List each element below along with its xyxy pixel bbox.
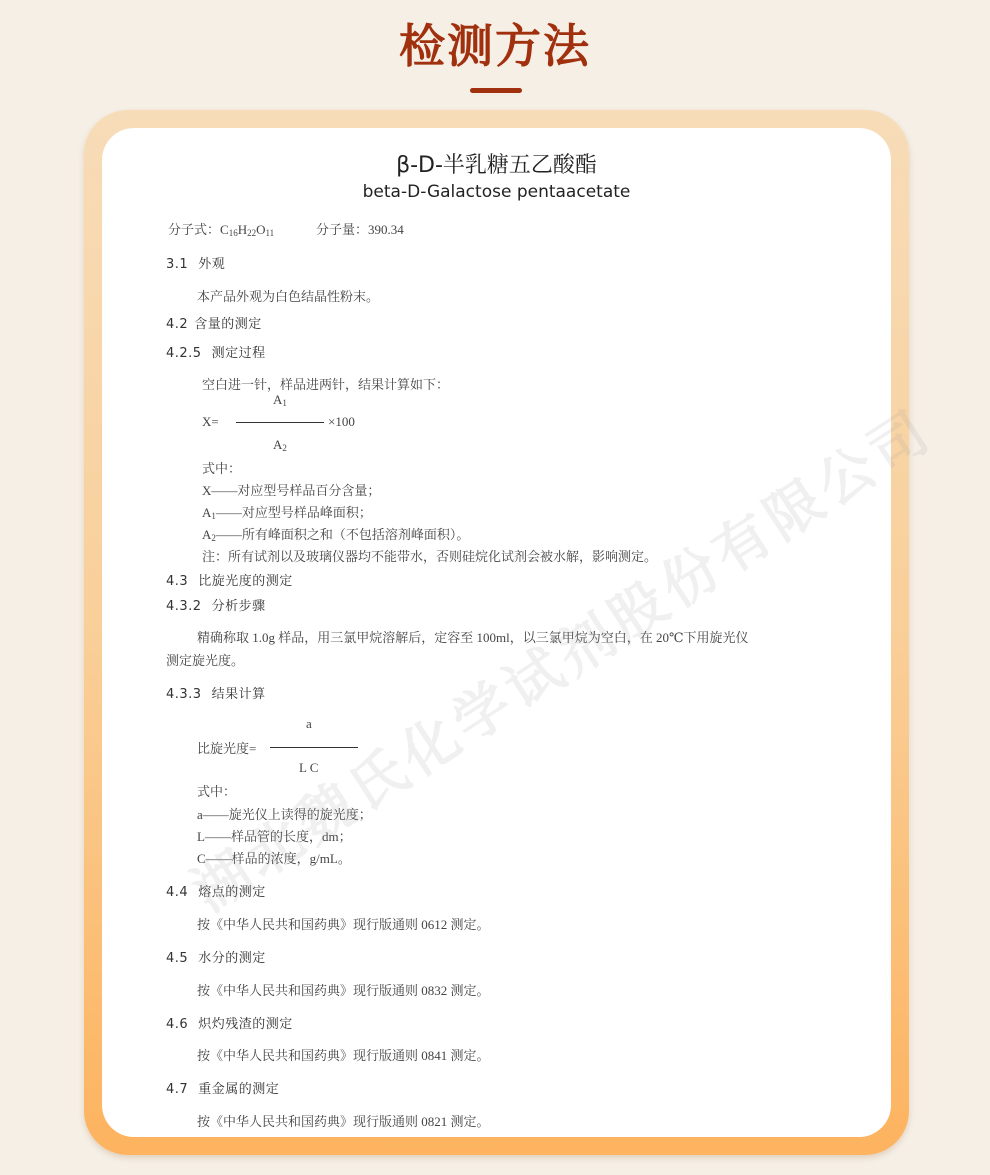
definition-symbol: A — [202, 505, 211, 520]
section-number: 3.1 — [166, 257, 188, 272]
document-body: β-D-半乳糖五乙酸酯 beta-D-Galactose pentaacetat… — [102, 128, 891, 1137]
section-title: 含量的测定 — [194, 317, 262, 332]
section-title: 熔点的测定 — [198, 885, 266, 900]
section-title: 水分的测定 — [198, 951, 266, 966]
formula-label: 分子式： — [168, 222, 220, 237]
fraction-multiplier: ×100 — [328, 414, 355, 430]
document-card: β-D-半乳糖五乙酸酯 beta-D-Galactose pentaacetat… — [102, 128, 891, 1137]
section-4-4-heading: 4.4熔点的测定 — [166, 881, 266, 900]
section-title: 结果计算 — [212, 687, 266, 702]
fraction-numerator: A1 — [273, 392, 287, 408]
section-title: 测定过程 — [212, 346, 266, 361]
page-title: 检测方法 — [0, 16, 990, 76]
section-3-1-heading: 3.1外观 — [166, 253, 225, 272]
section-4-7-heading: 4.7重金属的测定 — [166, 1078, 279, 1097]
section-4-5-heading: 4.5水分的测定 — [166, 947, 266, 966]
definition-text: ——对应型号样品峰面积； — [216, 505, 372, 520]
section-title: 炽灼残渣的测定 — [198, 1017, 293, 1032]
section-title: 分析步骤 — [212, 599, 266, 614]
section-number: 4.3.2 — [166, 599, 202, 614]
where-label: 式中： — [202, 458, 241, 477]
weight-label: 分子量： — [316, 222, 368, 237]
fraction-bar — [270, 747, 358, 748]
definition-symbol: L — [197, 829, 205, 844]
definition-text: ——样品管的长度，dm； — [205, 829, 352, 844]
section-4-3-2-text-line2: 测定旋光度。 — [166, 650, 244, 669]
section-title: 比旋光度的测定 — [198, 574, 293, 589]
document-title-english: beta-D-Galactose pentaacetate — [102, 182, 891, 202]
title-underline-divider — [470, 88, 522, 93]
section-4-2-heading: 4.2含量的测定 — [166, 313, 262, 332]
section-3-1-text: 本产品外观为白色结晶性粉末。 — [197, 286, 379, 305]
section-4-5-text: 按《中华人民共和国药典》现行版通则 0832 测定。 — [197, 980, 490, 999]
fraction-numerator: a — [306, 716, 312, 732]
section-4-3-2-heading: 4.3.2分析步骤 — [166, 595, 266, 614]
definition-item: A1——对应型号样品峰面积； — [202, 502, 372, 521]
weight-value: 390.34 — [368, 222, 404, 237]
numerator-symbol: A — [273, 392, 282, 407]
formula-c: C — [220, 222, 229, 237]
formula-h: H — [238, 222, 247, 237]
section-4-6-heading: 4.6炽灼残渣的测定 — [166, 1013, 293, 1032]
section-title: 外观 — [198, 257, 225, 272]
where-label: 式中： — [197, 781, 236, 800]
document-title-chinese: β-D-半乳糖五乙酸酯 — [102, 148, 891, 179]
definition-text: ——对应型号样品百分含量； — [211, 483, 380, 498]
definition-item: X——对应型号样品百分含量； — [202, 480, 380, 499]
fraction-denominator: L C — [299, 760, 318, 776]
definition-item: A2——所有峰面积之和（不包括溶剂峰面积）。 — [202, 524, 469, 543]
section-4-2-5-heading: 4.2.5测定过程 — [166, 342, 266, 361]
section-number: 4.4 — [166, 885, 188, 900]
section-4-4-text: 按《中华人民共和国药典》现行版通则 0612 测定。 — [197, 914, 490, 933]
fraction-lhs: 比旋光度= — [197, 738, 256, 757]
section-number: 4.2.5 — [166, 346, 202, 361]
denominator-sub: 2 — [282, 443, 287, 453]
section-number: 4.3.3 — [166, 687, 202, 702]
section-title: 重金属的测定 — [198, 1082, 279, 1097]
section-4-6-text: 按《中华人民共和国药典》现行版通则 0841 测定。 — [197, 1045, 490, 1064]
molecular-weight: 分子量：390.34 — [316, 219, 404, 238]
section-4-7-text: 按《中华人民共和国药典》现行版通则 0821 测定。 — [197, 1111, 490, 1130]
definition-text: ——旋光仪上读得的旋光度； — [203, 807, 372, 822]
definition-item: L——样品管的长度，dm； — [197, 826, 352, 845]
numerator-sub: 1 — [282, 398, 287, 408]
molecular-formula: 分子式：C16H22O11 — [168, 219, 274, 238]
section-4-2-5-intro: 空白进一针，样品进两针，结果计算如下： — [202, 374, 449, 393]
fraction-lhs: X= — [202, 414, 219, 430]
section-4-3-heading: 4.3比旋光度的测定 — [166, 570, 293, 589]
section-number: 4.2 — [166, 317, 188, 332]
denominator-symbol: A — [273, 437, 282, 452]
definition-symbol: C — [197, 851, 206, 866]
section-number: 4.3 — [166, 574, 188, 589]
formula-h-sub: 22 — [247, 228, 256, 238]
section-4-3-2-text-line1: 精确称取 1.0g 样品，用三氯甲烷溶解后，定容至 100ml，以三氯甲烷为空白… — [197, 627, 749, 646]
fraction-bar — [236, 422, 324, 423]
definition-item: C——样品的浓度，g/mL。 — [197, 848, 351, 867]
formula-o-sub: 11 — [265, 228, 274, 238]
definition-item: a——旋光仪上读得的旋光度； — [197, 804, 372, 823]
fraction-denominator: A2 — [273, 437, 287, 453]
definition-symbol: A — [202, 527, 211, 542]
section-number: 4.5 — [166, 951, 188, 966]
section-4-3-3-heading: 4.3.3结果计算 — [166, 683, 266, 702]
formula-c-sub: 16 — [229, 228, 238, 238]
section-number: 4.7 — [166, 1082, 188, 1097]
section-4-2-5-note: 注：所有试剂以及玻璃仪器均不能带水，否则硅烷化试剂会被水解，影响测定。 — [202, 546, 657, 565]
definition-text: ——样品的浓度，g/mL。 — [206, 851, 351, 866]
definition-text: ——所有峰面积之和（不包括溶剂峰面积）。 — [216, 527, 470, 542]
definition-symbol: X — [202, 483, 211, 498]
section-number: 4.6 — [166, 1017, 188, 1032]
